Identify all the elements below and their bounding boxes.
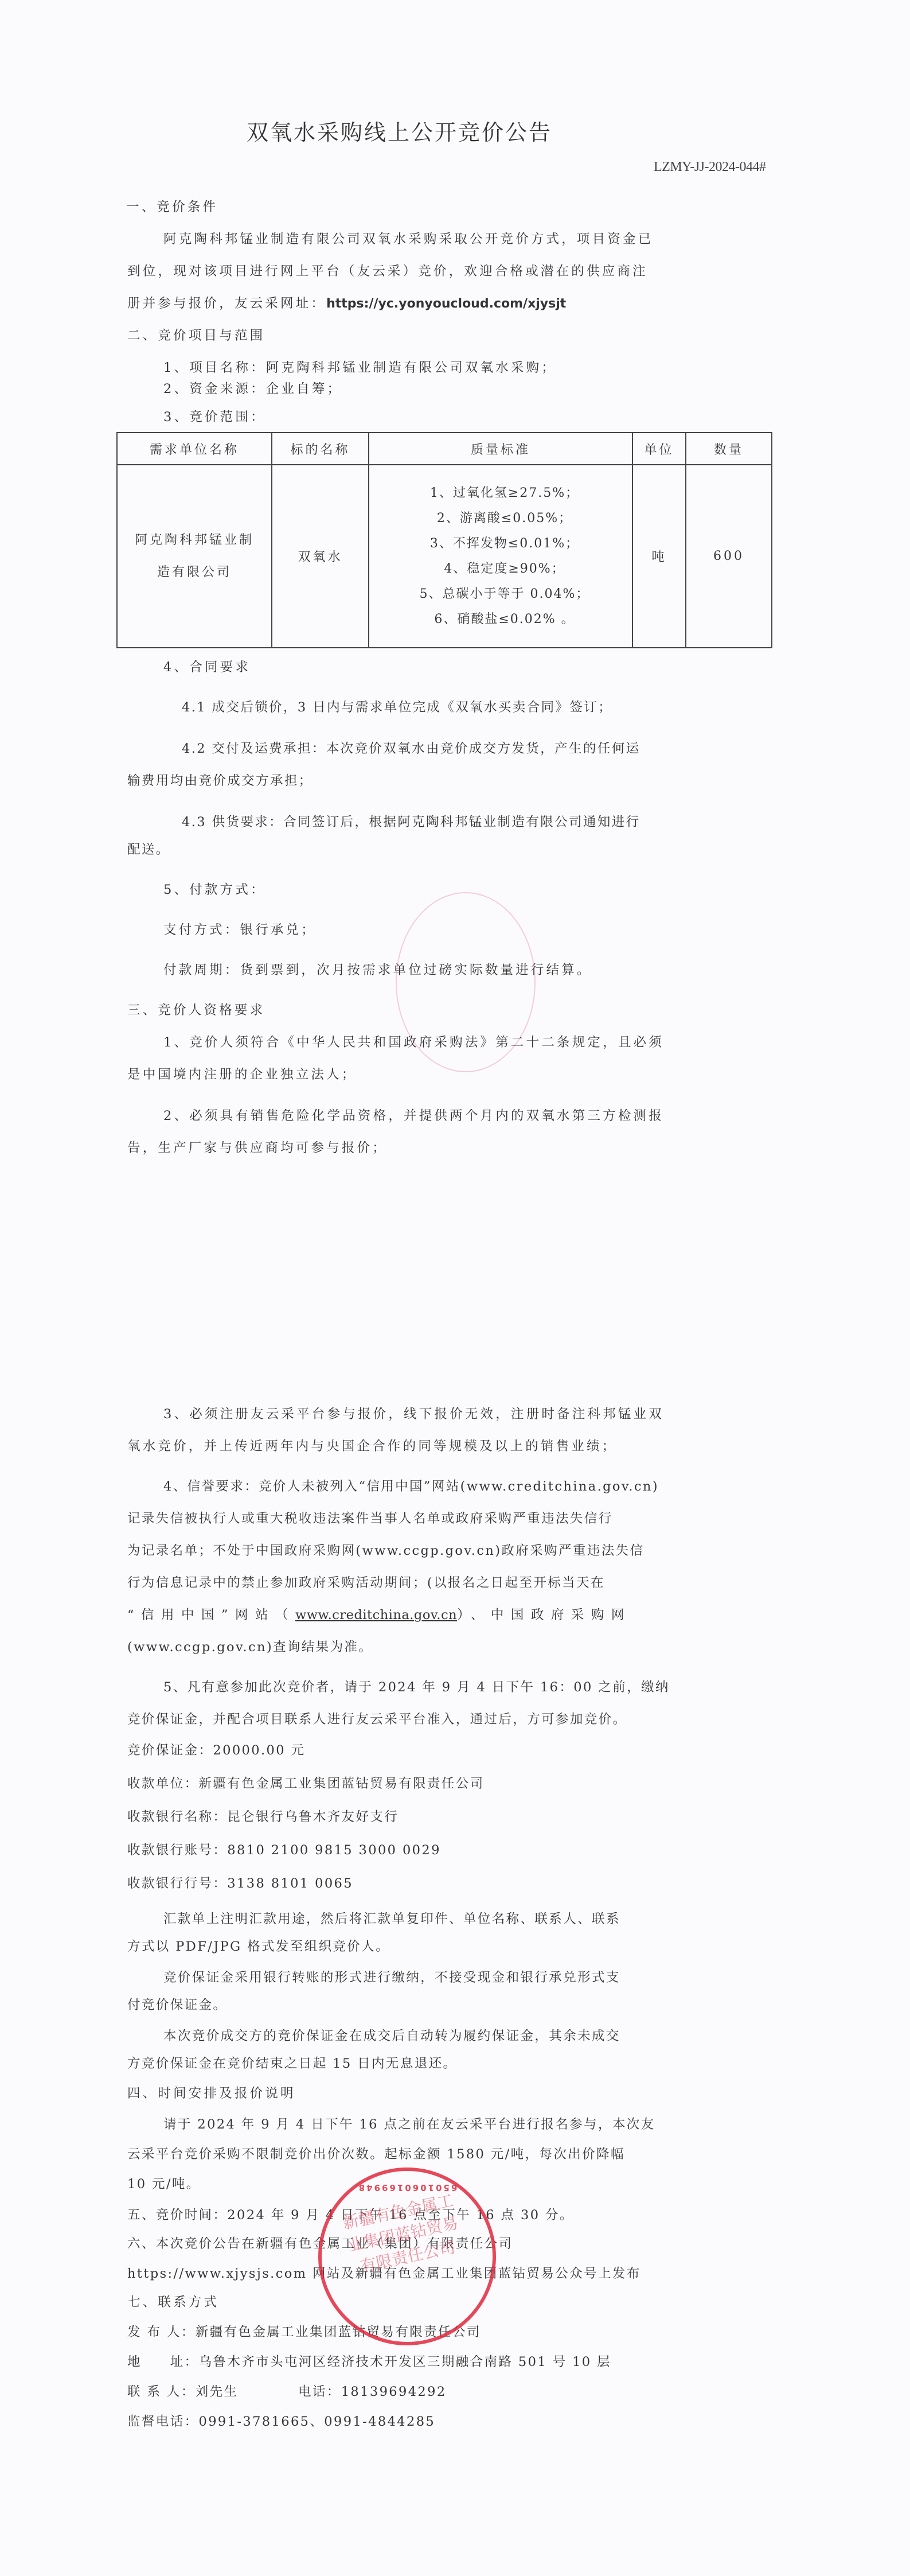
cell-buyer: 阿克陶科邦锰业制 造有限公司 — [117, 465, 272, 648]
section3-heading: 三、竞价人资格要求 — [127, 1002, 265, 1019]
cell-quantity: 600 — [686, 465, 772, 648]
transfer-line2: 付竞价保证金。 — [127, 1997, 227, 2014]
section1-line2: 到位，现对该项目进行网上平台（友云采）竞价，欢迎合格或潜在的供应商注 — [127, 263, 648, 280]
qualification-1-line1: 1、竞价人须符合《中华人民共和国政府采购法》第二十二条规定，且必须 — [163, 1034, 664, 1051]
phone-label: 电话： — [298, 2384, 341, 2399]
page-2: 3、必须注册友云采平台参与报价，线下报价无效，注册时备注科邦锰业双 氧水竞价，并… — [0, 1251, 910, 2576]
quality-3: 3、不挥发物≤0.01%； — [377, 531, 632, 557]
contract-heading: 4、合同要求 — [163, 659, 251, 676]
remittance-line2: 方式以 PDF/JPG 格式发至组织竞价人。 — [127, 1938, 390, 1955]
contract-4-1: 4.1 成交后锁价，3 日内与需求单位完成《双氧水买卖合同》签订； — [182, 699, 612, 716]
contract-4-3-line2: 配送。 — [127, 841, 170, 858]
cell-quality: 1、过氧化氢≥27.5%； 2、游离酸≤0.05%； 3、不挥发物≤0.01%；… — [369, 465, 632, 648]
table-row: 阿克陶科邦锰业制 造有限公司 双氧水 1、过氧化氢≥27.5%； 2、游离酸≤0… — [117, 465, 772, 648]
section1-line1: 阿克陶科邦锰业制造有限公司双氧水采购采取公开竞价方式，项目资金已 — [163, 231, 653, 248]
section1-line3-text: 册并参与报价，友云采网址： — [127, 296, 326, 311]
payment-method: 支付方式：银行承兑； — [163, 921, 317, 939]
header-unit: 单位 — [632, 433, 686, 465]
creditchina-link[interactable]: www.creditchina.gov.cn — [295, 1608, 457, 1622]
bank-name: 收款银行名称：昆仑银行乌鲁木齐友好支行 — [127, 1808, 399, 1826]
refund-line2: 方竞价保证金在竞价结束之日起 15 日内无息退还。 — [127, 2055, 457, 2072]
buyer-line1: 阿克陶科邦锰业制 — [118, 524, 271, 557]
qualification-2-line2: 告，生产厂家与供应商均可参与报价； — [127, 1139, 388, 1157]
quality-5: 5、总碳小于等于 0.04%； — [377, 582, 632, 607]
header-quantity: 数量 — [686, 433, 772, 465]
section4-heading: 四、时间安排及报价说明 — [127, 2085, 296, 2102]
document-title: 双氧水采购线上公开竞价公告 — [247, 115, 552, 146]
quality-6: 6、硝酸盐≤0.02% 。 — [377, 607, 632, 632]
header-quality: 质量标准 — [369, 433, 632, 465]
qualification-5-line1: 5、凡有意参加此次竞价者，请于 2024 年 9 月 4 日下午 16：00 之… — [163, 1679, 670, 1696]
quality-1: 1、过氧化氢≥27.5%； — [377, 481, 632, 506]
phone-row: 电话：18139694292 — [298, 2383, 447, 2400]
qualification-3-line2: 氧水竞价，并上传近两年内与央国企合作的同等规模及以上的销售业绩； — [127, 1438, 617, 1455]
document-number: LZMY-JJ-2024-044# — [654, 159, 766, 175]
contract-4-2-line2: 输费用均由竞价成交方承担； — [127, 772, 313, 789]
qualification-1-line2: 是中国境内注册的企业独立法人； — [127, 1066, 357, 1083]
refund-line1: 本次竞价成交方的竞价保证金在成交后自动转为履约保证金，其余未成交 — [163, 2028, 620, 2045]
bid-scope-table: 需求单位名称 标的名称 质量标准 单位 数量 阿克陶科邦锰业制 造有限公司 双氧… — [116, 432, 772, 648]
contact-row: 联 系 人：刘先生 — [127, 2383, 238, 2400]
seal-inner-text: 新疆有色金属工业集团蓝钴贸易有限责任公司 — [334, 2188, 482, 2326]
buyer-line2: 造有限公司 — [118, 557, 271, 589]
contact-label: 联 系 人： — [127, 2384, 196, 2399]
project-name: 1、项目名称：阿克陶科邦锰业制造有限公司双氧水采购； — [163, 359, 557, 376]
funding-source: 2、资金来源：企业自筹； — [163, 380, 342, 398]
contract-4-2-line1: 4.2 交付及运费承担：本次竞价双氧水由竞价成交方发货，产生的任何运 — [182, 740, 640, 757]
quality-2: 2、游离酸≤0.05%； — [377, 506, 632, 531]
header-buyer: 需求单位名称 — [117, 433, 272, 465]
transfer-line1: 竞价保证金采用银行转账的形式进行缴纳，不接受现金和银行承兑形式支 — [163, 1969, 620, 1986]
qualification-5-line2: 竞价保证金，并配合项目联系人进行友云采平台准入，通过后，方可参加竞价。 — [127, 1711, 627, 1728]
qualification-4-line4: 行为信息记录中的禁止参加政府采购活动期间；(以报名之日起至开标当天在 — [127, 1574, 605, 1591]
qualification-4-line3: 为记录名单；不处于中国政府采购网(www.ccgp.gov.cn)政府采购严重违… — [127, 1542, 644, 1559]
section2-heading: 二、竞价项目与范围 — [127, 327, 265, 344]
company-seal: 6501060169948 新疆有色金属工业集团蓝钴贸易有限责任公司 — [318, 2168, 496, 2345]
schedule-line1: 请于 2024 年 9 月 4 日下午 16 点之前在友云采平台进行报名参与，本… — [163, 2116, 655, 2133]
line5-pre: “信用中国”网站（ — [127, 1608, 295, 1622]
quality-4: 4、稳定度≥90%； — [377, 557, 632, 582]
qualification-3-line1: 3、必须注册友云采平台参与报价，线下报价无效，注册时备注科邦锰业双 — [163, 1406, 664, 1423]
publisher-label: 发 布 人： — [127, 2325, 196, 2340]
remittance-line1: 汇款单上注明汇款用途，然后将汇款单复印件、单位名称、联系人、联系 — [163, 1910, 620, 1928]
supervision-phone: 监督电话：0991-3781665、0991-4844285 — [127, 2413, 435, 2430]
address-label: 地 址： — [127, 2355, 199, 2369]
cell-unit: 吨 — [632, 465, 686, 648]
qualification-4-line1: 4、信誉要求：竞价人未被列入“信用中国”网站(www.creditchina.g… — [163, 1478, 659, 1495]
bank-code: 收款银行行号：3138 8101 0065 — [127, 1875, 353, 1892]
deposit-amount: 竞价保证金：20000.00 元 — [127, 1742, 305, 1759]
qualification-2-line1: 2、必须具有销售危险化学品资格，并提供两个月内的双氧水第三方检测报 — [163, 1107, 664, 1124]
qualification-4-line2: 记录失信被执行人或重大税收违法案件当事人名单或政府采购严重违法失信行 — [127, 1510, 613, 1527]
schedule-line3: 10 元/吨。 — [127, 2176, 201, 2193]
contract-4-3-line1: 4.3 供货要求：合同签订后，根据阿克陶科邦锰业制造有限公司通知进行 — [182, 814, 640, 831]
table-header-row: 需求单位名称 标的名称 质量标准 单位 数量 — [117, 433, 772, 465]
header-item: 标的名称 — [272, 433, 369, 465]
platform-url-link[interactable]: https://yc.yonyoucloud.com/xjysjt — [326, 297, 566, 311]
address-value: 乌鲁木齐市头屯河区经济技术开发区三期融合南路 501 号 10 层 — [199, 2355, 611, 2369]
contact-value: 刘先生 — [196, 2384, 239, 2399]
section1-heading: 一、竞价条件 — [126, 199, 218, 216]
section7-heading: 七、联系方式 — [127, 2294, 219, 2311]
qualification-4-line5: “信用中国”网站（www.creditchina.gov.cn）、中国政府采购网 — [127, 1606, 631, 1624]
schedule-line2: 云采平台竞价采购不限制竞价出价次数。起标金额 1580 元/吨，每次出价降幅 — [127, 2146, 625, 2163]
page-1: 双氧水采购线上公开竞价公告 LZMY-JJ-2024-044# 一、竞价条件 阿… — [0, 0, 910, 1251]
scope-label: 3、竞价范围： — [163, 408, 266, 426]
payment-heading: 5、付款方式： — [163, 881, 266, 898]
payee-name: 收款单位：新疆有色金属工业集团蓝钴贸易有限责任公司 — [127, 1775, 485, 1792]
cell-item: 双氧水 — [272, 465, 369, 648]
section1-line3: 册并参与报价，友云采网址：https://yc.yonyoucloud.com/… — [127, 295, 566, 313]
line5-post: ）、中国政府采购网 — [457, 1608, 631, 1622]
phone-value[interactable]: 18139694292 — [341, 2384, 447, 2399]
address-row: 地 址：乌鲁木齐市头屯河区经济技术开发区三期融合南路 501 号 10 层 — [127, 2353, 611, 2371]
qualification-4-line6: (www.ccgp.gov.cn)查询结果为准。 — [127, 1639, 373, 1656]
bank-account: 收款银行账号：8810 2100 9815 3000 0029 — [127, 1842, 441, 1859]
